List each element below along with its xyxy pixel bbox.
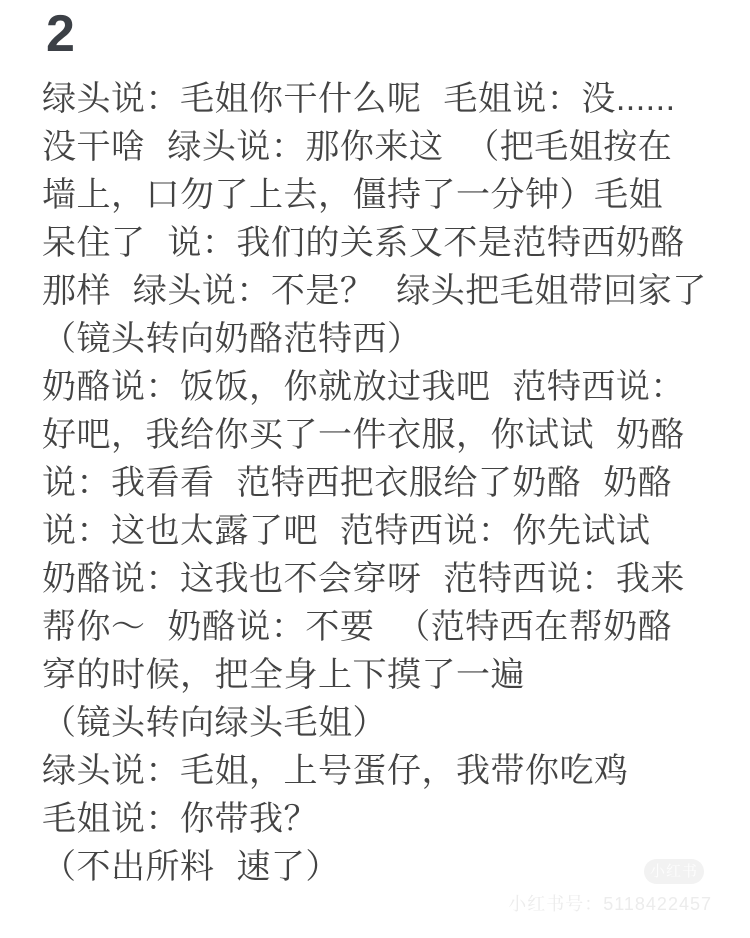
text-line: （镜头转向绿头毛姐） bbox=[42, 699, 732, 747]
script-text-block: 绿头说：毛姐你干什么呢 毛姐说：没...... 没干啥 绿头说：那你来这 （把毛… bbox=[42, 75, 732, 891]
text-line: 说：这也太露了吧 范特西说：你先试试 bbox=[42, 507, 732, 555]
text-line: 墙上，口勿了上去，僵持了一分钟）毛姐 bbox=[42, 171, 732, 219]
text-line: 绿头说：毛姐，上号蛋仔，我带你吃鸡 bbox=[42, 747, 732, 795]
text-line: 奶酪说：饭饭，你就放过我吧 范特西说： bbox=[42, 363, 732, 411]
text-line: 那样 绿头说：不是？ 绿头把毛姐带回家了 bbox=[42, 267, 732, 315]
text-line: 好吧，我给你买了一件衣服，你试试 奶酪 bbox=[42, 411, 732, 459]
text-line: 奶酪说：这我也不会穿呀 范特西说：我来 bbox=[42, 555, 732, 603]
text-line: 帮你～ 奶酪说：不要 （范特西在帮奶酪 bbox=[42, 603, 732, 651]
text-line: 呆住了 说：我们的关系又不是范特西奶酪 bbox=[42, 219, 732, 267]
note-page: 2 绿头说：毛姐你干什么呢 毛姐说：没...... 没干啥 绿头说：那你来这 （… bbox=[0, 0, 750, 938]
text-line: 没干啥 绿头说：那你来这 （把毛姐按在 bbox=[42, 123, 732, 171]
text-line: （镜头转向奶酪范特西） bbox=[42, 315, 732, 363]
xiaohongshu-id-text: 小红书号：5118422457 bbox=[508, 890, 712, 916]
text-line: 穿的时候，把全身上下摸了一遍 bbox=[42, 651, 732, 699]
text-line: 绿头说：毛姐你干什么呢 毛姐说：没...... bbox=[42, 75, 732, 123]
text-line: 说：我看看 范特西把衣服给了奶酪 奶酪 bbox=[42, 459, 732, 507]
xiaohongshu-watermark: 小红书 小红书号：5118422457 bbox=[508, 859, 712, 916]
text-line: 毛姐说：你带我？ bbox=[42, 795, 732, 843]
page-number-heading: 2 bbox=[46, 2, 75, 66]
xiaohongshu-logo-badge: 小红书 bbox=[644, 859, 704, 884]
